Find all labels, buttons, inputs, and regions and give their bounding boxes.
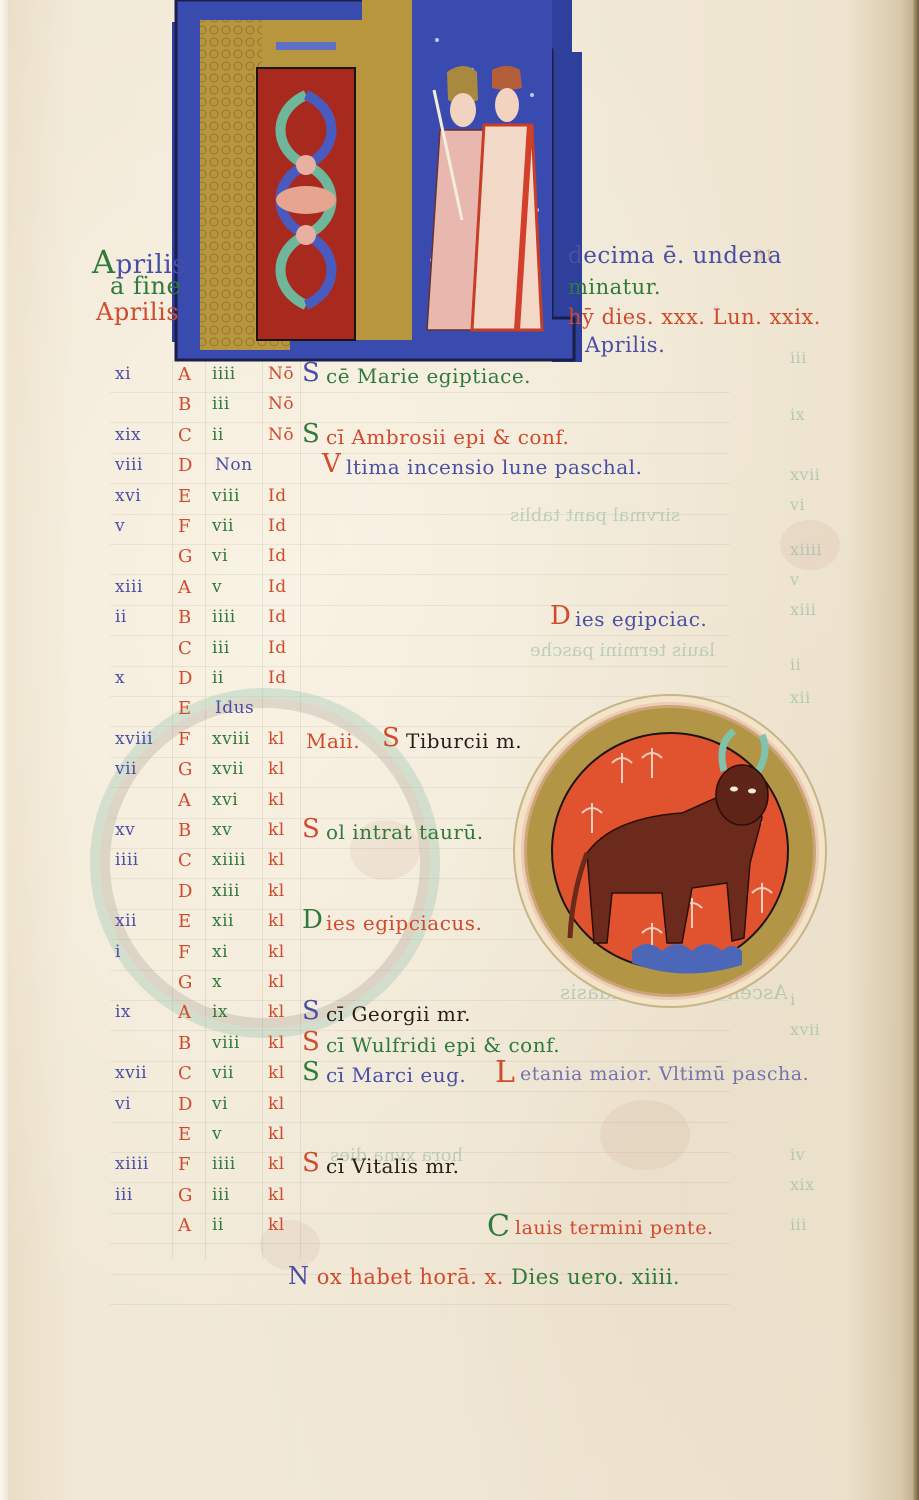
- kalends-ides-marker: kl: [268, 1033, 285, 1053]
- golden-number: xiiii: [115, 1154, 149, 1174]
- ruling-line: [110, 1182, 730, 1183]
- dominical-letter: C: [178, 638, 192, 659]
- ruling-line: [110, 1243, 730, 1244]
- dominical-letter: G: [178, 1185, 193, 1206]
- dominical-letter: D: [178, 1094, 193, 1115]
- faint-folio-number: 31: [755, 248, 774, 264]
- golden-number: iii: [115, 1185, 133, 1205]
- margin-number: xii: [790, 688, 811, 707]
- feast-entry: cī Ambrosii epi & conf.: [326, 425, 569, 449]
- dominical-letter: F: [178, 1154, 191, 1175]
- golden-number: xii: [115, 911, 137, 931]
- kalends-ides-marker: Id: [268, 577, 287, 597]
- day-count: xii: [212, 911, 234, 931]
- day-count: iii: [212, 394, 230, 414]
- kalends-ides-marker: kl: [268, 1185, 285, 1205]
- day-count: xviii: [212, 729, 250, 749]
- day-count: viii: [212, 1033, 240, 1053]
- golden-number: xix: [115, 425, 141, 445]
- show-through-text: sirvmal pant tablis: [510, 505, 680, 526]
- golden-number: xv: [115, 820, 135, 840]
- dominical-letter: E: [178, 698, 192, 719]
- golden-number: v: [115, 516, 125, 536]
- kalends-ides-marker: kl: [268, 1094, 285, 1114]
- ruling-line: [110, 1213, 730, 1214]
- golden-number: x: [115, 668, 125, 688]
- feast-initial: S: [302, 358, 320, 388]
- day-count: xv: [212, 820, 232, 840]
- kalends-ides-marker: kl: [268, 911, 285, 931]
- calendar-footer: N ox habet horā. x. Dies uero. xiiii.: [288, 1262, 680, 1290]
- dominical-letter: F: [178, 729, 191, 750]
- dominical-letter: A: [178, 364, 192, 385]
- feast-entry: cī Vitalis mr.: [326, 1154, 460, 1178]
- page-left-edge: [0, 0, 8, 1500]
- feast-initial: S: [302, 419, 320, 449]
- feast-initial: V: [322, 449, 341, 479]
- footer-night-hours: ox habet horā. x.: [317, 1265, 504, 1289]
- ruling-line: [110, 544, 730, 545]
- golden-number: xi: [115, 364, 131, 384]
- dominical-letter: D: [178, 668, 193, 689]
- stain: [600, 1100, 690, 1170]
- day-count: iiii: [212, 364, 236, 384]
- day-count: iiii: [212, 1154, 236, 1174]
- kalends-ides-marker: kl: [268, 1063, 285, 1083]
- header-line2-right: minatur.: [568, 275, 661, 299]
- kalends-ides-marker: kl: [268, 850, 285, 870]
- extra-initial: C: [487, 1209, 510, 1244]
- kalends-ides-marker: kl: [268, 790, 285, 810]
- margin-number: xvii: [790, 465, 820, 484]
- extra-initial: L: [495, 1055, 515, 1090]
- kalends-ides-marker: kl: [268, 820, 285, 840]
- ruling-line: [110, 392, 730, 393]
- extra-entry: etania maior. Vltimū pascha.: [520, 1063, 809, 1085]
- feast-initial: S: [302, 996, 320, 1026]
- golden-number: vi: [115, 1094, 131, 1114]
- header-line1-right: decima ē. undena: [568, 243, 782, 269]
- dominical-letter: C: [178, 850, 192, 871]
- golden-number: xvi: [115, 486, 141, 506]
- dominical-letter: E: [178, 911, 192, 932]
- feast-entry: cī Wulfridi epi & conf.: [326, 1033, 560, 1057]
- day-count: vii: [212, 1063, 234, 1083]
- extra-entry: lauis termini pente.: [515, 1217, 713, 1239]
- ruling-line: [110, 453, 730, 454]
- kalends-ides-marker: kl: [268, 1124, 285, 1144]
- month-marker: Maii.: [306, 729, 360, 753]
- header-line4-right: Aprilis.: [585, 333, 665, 357]
- ruling-line: [110, 635, 730, 636]
- feast-initial: S: [302, 1057, 320, 1087]
- day-count: iii: [212, 1185, 230, 1205]
- ruling-line: [110, 1304, 730, 1305]
- feast-initial: S: [302, 1027, 320, 1057]
- header-line2-left: a fine: [110, 272, 181, 300]
- kalends-ides-marker: Nō: [268, 364, 294, 384]
- margin-number: xiii: [790, 600, 816, 619]
- margin-number: ix: [790, 405, 805, 424]
- dominical-letter: A: [178, 577, 192, 598]
- dominical-letter: B: [178, 607, 192, 628]
- margin-number: xvii: [790, 1020, 820, 1039]
- dominical-letter: G: [178, 972, 193, 993]
- taurus-roundel: [512, 693, 828, 1009]
- dominical-letter: E: [178, 486, 192, 507]
- day-count: xvii: [212, 759, 244, 779]
- dominical-letter: A: [178, 790, 192, 811]
- kalends-ides-marker: Id: [268, 486, 287, 506]
- kalends-ides-marker: kl: [268, 759, 285, 779]
- golden-number: i: [115, 942, 121, 962]
- ruling-line: [110, 574, 730, 575]
- day-count: viii: [212, 486, 240, 506]
- ruling-line: [110, 1061, 730, 1062]
- kalends-ides-marker: kl: [268, 1215, 285, 1235]
- day-count: x: [212, 972, 222, 992]
- kalends-ides-marker: Id: [268, 607, 287, 627]
- golden-number: xiii: [115, 577, 143, 597]
- footer-initial: N: [288, 1262, 310, 1290]
- nones-ides-marker: Non: [215, 455, 253, 475]
- dominical-letter: B: [178, 394, 192, 415]
- ruling-line: [110, 1091, 730, 1092]
- ruling-line: [110, 1122, 730, 1123]
- day-count: v: [212, 1124, 222, 1144]
- dominical-letter: G: [178, 759, 193, 780]
- margin-number: ii: [790, 655, 801, 674]
- day-count: iiii: [212, 607, 236, 627]
- feast-entry: Tiburcii m.: [406, 729, 522, 753]
- ruling-line: [110, 483, 730, 484]
- day-count: iii: [212, 638, 230, 658]
- dominical-letter: D: [178, 881, 193, 902]
- kalends-ides-marker: kl: [268, 942, 285, 962]
- ruling-line: [110, 605, 730, 606]
- dominical-letter: B: [178, 820, 192, 841]
- nones-ides-marker: Idus: [215, 698, 254, 718]
- kalends-ides-marker: Nō: [268, 425, 294, 445]
- dominical-letter: E: [178, 1124, 192, 1145]
- dominical-letter: G: [178, 546, 193, 567]
- golden-number: viii: [115, 455, 143, 475]
- header-line3-right: hȳ dies. xxx. Lun. xxix.: [568, 305, 821, 329]
- feast-initial: S: [302, 814, 320, 844]
- header-line3-left: Aprilis: [96, 298, 179, 326]
- day-count: xiii: [212, 881, 240, 901]
- golden-number: ix: [115, 1002, 131, 1022]
- day-count: vi: [212, 1094, 228, 1114]
- ruling-line: [110, 666, 730, 667]
- golden-number: iiii: [115, 850, 139, 870]
- day-count: ix: [212, 1002, 228, 1022]
- day-count: ii: [212, 1215, 224, 1235]
- dominical-letter: A: [178, 1002, 192, 1023]
- day-count: xi: [212, 942, 228, 962]
- show-through-text: lauis termini pasche: [530, 640, 715, 661]
- feast-entry: ol intrat taurū.: [326, 820, 484, 844]
- dominical-letter: D: [178, 455, 193, 476]
- margin-number: iv: [790, 1145, 805, 1164]
- day-count: vii: [212, 516, 234, 536]
- feast-entry: cē Marie egiptiace.: [326, 364, 531, 388]
- dominical-letter: F: [178, 516, 191, 537]
- illuminated-initial-h: [172, 0, 582, 362]
- day-count: vi: [212, 546, 228, 566]
- day-count: xiiii: [212, 850, 246, 870]
- kalends-ides-marker: Id: [268, 546, 287, 566]
- kalends-ides-marker: Nō: [268, 394, 294, 414]
- dominical-letter: C: [178, 425, 192, 446]
- day-count: ii: [212, 668, 224, 688]
- day-count: xvi: [212, 790, 238, 810]
- feast-initial: S: [382, 723, 400, 753]
- day-count: v: [212, 577, 222, 597]
- ruling-line: [110, 1030, 730, 1031]
- feast-initial: D: [302, 905, 323, 935]
- kalends-ides-marker: kl: [268, 1002, 285, 1022]
- dominical-letter: B: [178, 1033, 192, 1054]
- golden-number: vii: [115, 759, 137, 779]
- page-right-edge: [913, 0, 919, 1500]
- feast-entry: cī Georgii mr.: [326, 1002, 471, 1026]
- margin-number: iii: [790, 348, 807, 367]
- feast-entry: ltima incensio lune paschal.: [346, 455, 642, 479]
- golden-number: ii: [115, 607, 127, 627]
- kalends-ides-marker: kl: [268, 729, 285, 749]
- ruling-line: [110, 422, 730, 423]
- dominical-letter: A: [178, 1215, 192, 1236]
- margin-number: v: [790, 570, 800, 589]
- feast-entry: cī Marci eug.: [326, 1063, 466, 1087]
- margin-number: xix: [790, 1175, 815, 1194]
- golden-number: xviii: [115, 729, 153, 749]
- margin-number: xiiii: [790, 540, 822, 559]
- kalends-ides-marker: Id: [268, 516, 287, 536]
- golden-number: xvii: [115, 1063, 147, 1083]
- feast-entry: ies egipciac.: [575, 607, 707, 631]
- feast-initial: D: [550, 601, 571, 631]
- margin-number: i: [790, 990, 796, 1009]
- kalends-ides-marker: Id: [268, 638, 287, 658]
- feast-entry: ies egipciacus.: [326, 911, 482, 935]
- feast-initial: S: [302, 1148, 320, 1178]
- day-count: ii: [212, 425, 224, 445]
- dominical-letter: F: [178, 942, 191, 963]
- dominical-letter: C: [178, 1063, 192, 1084]
- margin-number: vi: [790, 495, 805, 514]
- footer-day-hours: Dies uero. xiiii.: [511, 1265, 680, 1289]
- kalends-ides-marker: kl: [268, 881, 285, 901]
- kalends-ides-marker: kl: [268, 1154, 285, 1174]
- margin-number: iii: [790, 1215, 807, 1234]
- kalends-ides-marker: kl: [268, 972, 285, 992]
- kalends-ides-marker: Id: [268, 668, 287, 688]
